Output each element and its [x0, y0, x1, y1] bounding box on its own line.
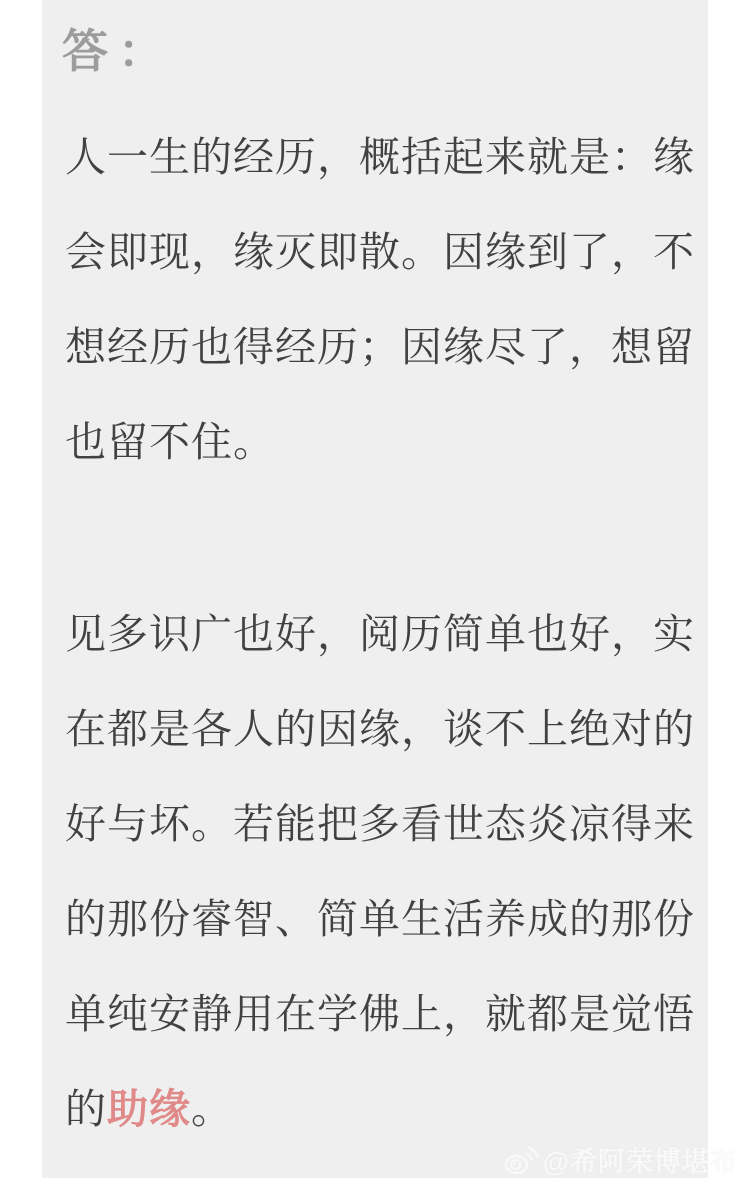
paragraph-2-line: 单纯安静用在学佛上，就都是觉悟: [65, 967, 697, 1062]
last-line-prefix: 的: [65, 1086, 107, 1132]
answer-label: 答：: [62, 24, 174, 78]
paragraph-1-line: 会即现，缘灭即散。因缘到了，不: [65, 205, 697, 300]
paragraph-2-line: 的那份睿智、简单生活养成的那份: [65, 872, 697, 967]
paragraph-2-line: 在都是各人的因缘，谈不上绝对的: [65, 682, 697, 777]
paragraph-2-line: 好与坏。若能把多看世态炎凉得来: [65, 777, 697, 872]
paragraph-2-line: 见多识广也好，阅历简单也好，实: [65, 587, 697, 682]
weibo-watermark: @希阿荣博堪布: [504, 1140, 738, 1179]
paragraph-1: 人一生的经历，概括起来就是：缘 会即现，缘灭即散。因缘到了，不 想经历也得经历；…: [65, 110, 697, 490]
last-line-suffix: 。: [191, 1086, 233, 1132]
paragraph-2: 见多识广也好，阅历简单也好，实 在都是各人的因缘，谈不上绝对的 好与坏。若能把多…: [65, 587, 697, 1157]
paragraph-1-line: 人一生的经历，概括起来就是：缘: [65, 110, 697, 205]
text-card: 答： 人一生的经历，概括起来就是：缘 会即现，缘灭即散。因缘到了，不 想经历也得…: [42, 0, 708, 1178]
highlighted-term: 助缘: [107, 1086, 191, 1132]
paragraph-1-line: 也留不住。: [65, 395, 697, 490]
paragraph-1-line: 想经历也得经历；因缘尽了，想留: [65, 300, 697, 395]
weibo-icon: [504, 1145, 538, 1175]
watermark-handle: @希阿荣博堪布: [543, 1140, 738, 1179]
